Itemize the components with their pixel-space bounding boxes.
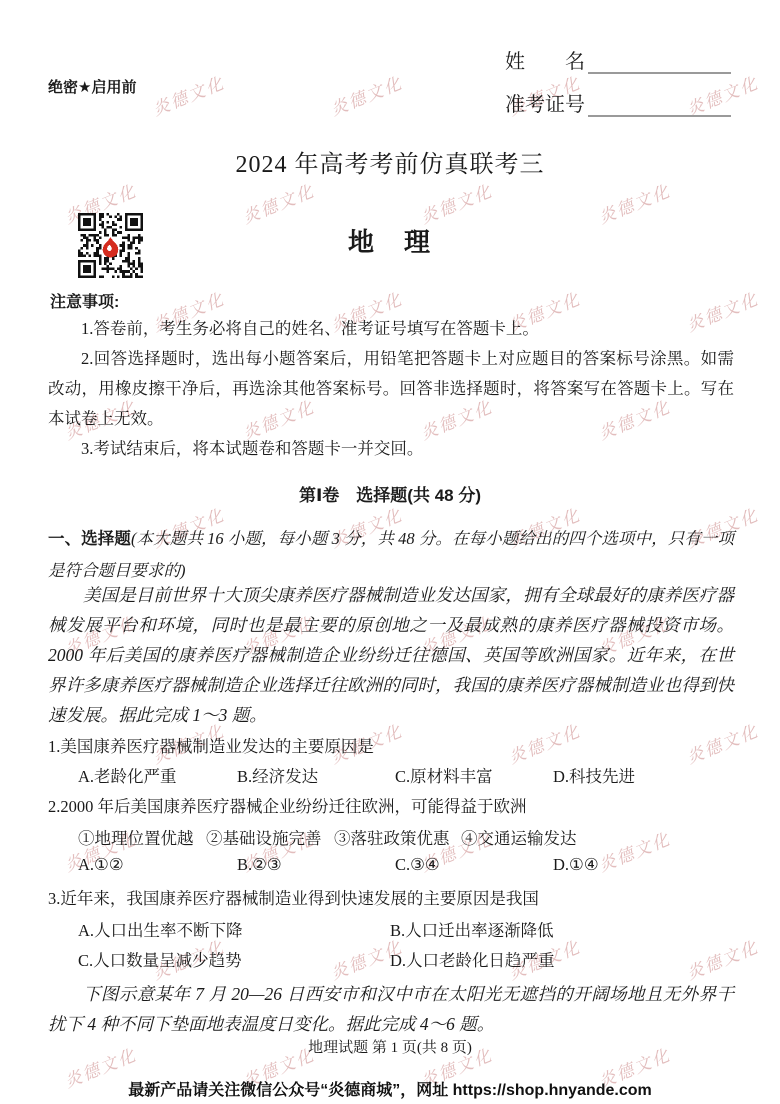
name-field-row: 姓 名 <box>505 50 731 74</box>
q2-option-b: B.②③ <box>237 855 282 875</box>
section1-heading: 第Ⅰ卷 选择题(共 48 分) <box>0 481 780 506</box>
question-2-suboptions: ①地理位置优越 ②基础设施完善 ③落驻政策优惠 ④交通运输发达 <box>48 825 734 849</box>
q2-sub-3: ③落驻政策优惠 <box>334 825 450 849</box>
q3-option-c: C.人口数量呈减少趋势 <box>78 947 242 971</box>
secrecy-label: 绝密★启用前 <box>48 76 136 97</box>
q2-sub-2: ②基础设施完善 <box>206 825 322 849</box>
notice-item-3: 3.考试结束后，将本试题卷和答题卡一并交回。 <box>48 434 734 464</box>
name-label: 姓 名 <box>505 50 585 74</box>
notice-heading: 注意事项: <box>50 289 119 312</box>
q2-sub-4: ④交通运输发达 <box>461 825 577 849</box>
section1-intro-lead: 一、选择题 <box>48 530 131 548</box>
ticket-blank-line <box>588 93 731 117</box>
question-3-options-row1: A.人口出生率不断下降 B.人口迁出率逐渐降低 <box>48 917 734 941</box>
question-3-stem: 3.近年来，我国康养医疗器械制造业得到快速发展的主要原因是我国 <box>48 885 734 909</box>
q1-option-c: C.原材料丰富 <box>395 763 493 787</box>
question-1-options: A.老龄化严重 B.经济发达 C.原材料丰富 D.科技先进 <box>48 763 734 787</box>
ticket-field-row: 准考证号 <box>505 93 731 117</box>
q1-option-b: B.经济发达 <box>237 763 318 787</box>
question-2-options: A.①② B.②③ C.③④ D.①④ <box>48 855 734 879</box>
question-2-stem: 2.2000 年后美国康养医疗器械企业纷纷迁往欧洲，可能得益于欧洲 <box>48 793 734 817</box>
passage-1: 美国是目前世界十大顶尖康养医疗器械制造业发达国家，拥有全球最好的康养医疗器械发展… <box>48 580 734 730</box>
question-3-options-row2: C.人口数量呈减少趋势 D.人口老龄化日趋严重 <box>48 947 734 971</box>
q3-option-a: A.人口出生率不断下降 <box>78 917 243 941</box>
ticket-label: 准考证号 <box>505 93 585 117</box>
q2-option-d: D.①④ <box>553 855 599 875</box>
section1-intro: 一、选择题(本大题共 16 小题，每小题 3 分，共 48 分。在每小题给出的四… <box>48 523 734 586</box>
exam-title: 2024 年高考考前仿真联考三 <box>0 144 780 179</box>
passage-2: 下图示意某年 7 月 20—26 日西安市和汉中市在太阳光无遮挡的开阔场地且无外… <box>48 979 734 1039</box>
page-number-info: 地理试题 第 1 页(共 8 页) <box>0 1036 780 1057</box>
q2-option-c: C.③④ <box>395 855 440 875</box>
section1-intro-rest: (本大题共 16 小题，每小题 3 分，共 48 分。在每小题给出的四个选项中，… <box>48 529 734 580</box>
exam-paper-page: { "header": { "secrecy": "绝密★启用前", "name… <box>0 0 780 1104</box>
notice-item-2: 2.回答选择题时，选出每小题答案后，用铅笔把答题卡上对应题目的答案标号涂黑。如需… <box>48 344 734 434</box>
promo-footer: 最新产品请关注微信公众号“炎德商城”，网址 https://shop.hnyan… <box>0 1077 780 1100</box>
name-blank-line <box>588 50 731 74</box>
q3-option-d: D.人口老龄化日趋严重 <box>390 947 555 971</box>
subject-title: 地 理 <box>0 222 780 259</box>
q3-option-b: B.人口迁出率逐渐降低 <box>390 917 554 941</box>
notice-item-1: 1.答卷前，考生务必将自己的姓名、准考证号填写在答题卡上。 <box>48 314 734 344</box>
q2-sub-1: ①地理位置优越 <box>78 825 194 849</box>
question-1-stem: 1.美国康养医疗器械制造业发达的主要原因是 <box>48 733 734 757</box>
q2-option-a: A.①② <box>78 855 124 875</box>
q1-option-d: D.科技先进 <box>553 763 635 787</box>
q1-option-a: A.老龄化严重 <box>78 763 177 787</box>
